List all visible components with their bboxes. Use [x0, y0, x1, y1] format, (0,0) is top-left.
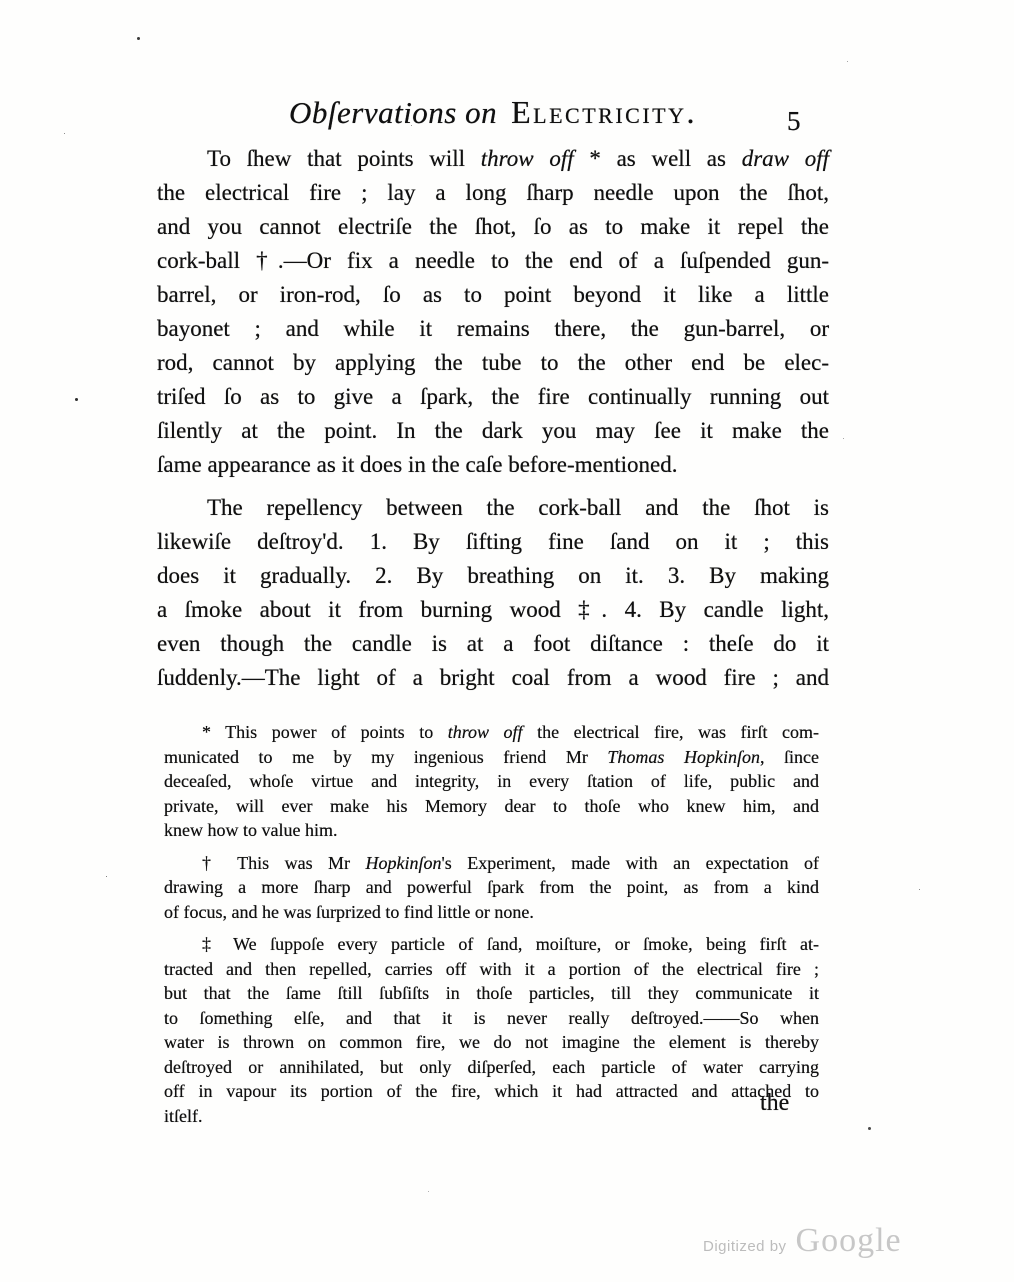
text-line: bayonet ; and while it remains there, th…	[157, 312, 829, 346]
running-title-caps: Electricity.	[511, 94, 697, 130]
text-line: itſelf.	[164, 1104, 819, 1129]
text-line: ‡ We ſuppoſe every particle of ſand, moi…	[164, 932, 819, 957]
watermark-prefix: Digitized by	[703, 1238, 787, 1255]
text-line: † This was Mr Hopkinſon's Experiment, ma…	[164, 851, 819, 876]
text-line: likewiſe deſtroy'd. 1. By ſifting fine ſ…	[157, 525, 829, 559]
text-line: water is thrown on common fire, we do no…	[164, 1030, 819, 1055]
text-line: cork-ball †.—Or fix a needle to the end …	[157, 244, 829, 278]
text-line: To ſhew that points will throw off * as …	[157, 142, 829, 176]
text-line: but that the ſame ſtill ſubſiſts in thoſ…	[164, 981, 819, 1006]
text-line: municated to me by my ingenious friend M…	[164, 745, 819, 770]
text-line: * This power of points to throw off the …	[164, 720, 819, 745]
watermark: Digitized by Google	[703, 1222, 902, 1260]
text-line: triſed ſo as to give a ſpark, the fire c…	[157, 380, 829, 414]
text-line: a ſmoke about it from burning wood ‡. 4.…	[157, 593, 829, 627]
text-line: to ſomething elſe, and that it is never …	[164, 1006, 819, 1031]
text-line: The repellency between the cork-ball and…	[157, 491, 829, 525]
footnote-double-dagger: ‡ We ſuppoſe every particle of ſand, moi…	[164, 932, 819, 1128]
paragraph: The repellency between the cork-ball and…	[157, 491, 829, 695]
text-line: ſame appearance as it does in the caſe b…	[157, 448, 829, 482]
book-page-scan: Obſervations on Electricity. 5 To ſhew t…	[0, 0, 1014, 1282]
text-line: deſtroyed or annihilated, but only diſpe…	[164, 1055, 819, 1080]
running-title-italic: Obſervations on	[289, 95, 497, 130]
text-line: barrel, or iron-rod, ſo as to point beyo…	[157, 278, 829, 312]
paragraph: To ſhew that points will throw off * as …	[157, 142, 829, 482]
text-line: and you cannot electriſe the ſhot, ſo as…	[157, 210, 829, 244]
footnote-dagger: † This was Mr Hopkinſon's Experiment, ma…	[164, 851, 819, 925]
text-line: knew how to value him.	[164, 818, 819, 843]
text-line: rod, cannot by applying the tube to the …	[157, 346, 829, 380]
text-line: ſuddenly.—The light of a bright coal fro…	[157, 661, 829, 695]
page-header: Obſervations on Electricity. 5	[157, 94, 829, 140]
footnotes-section: * This power of points to throw off the …	[164, 720, 819, 1128]
text-line: drawing a more ſharp and powerful ſpark …	[164, 875, 819, 900]
catchword: the	[760, 1090, 789, 1117]
footnote-asterisk: * This power of points to throw off the …	[164, 720, 819, 843]
text-line: deceaſed, whoſe virtue and integrity, in…	[164, 769, 819, 794]
text-line: ſilently at the point. In the dark you m…	[157, 414, 829, 448]
text-line: tracted and then repelled, carries off w…	[164, 957, 819, 982]
google-logo: Google	[796, 1222, 902, 1260]
page-number: 5	[787, 106, 801, 137]
running-title: Obſervations on Electricity.	[157, 94, 829, 131]
text-line: of focus, and he was ſurprized to find l…	[164, 900, 819, 925]
text-line: even though the candle is at a foot diſt…	[157, 627, 829, 661]
text-line: off in vapour its portion of the fire, w…	[164, 1079, 819, 1104]
scan-speckles	[0, 0, 3, 3]
main-text: To ſhew that points will throw off * as …	[157, 142, 829, 695]
text-line: private, will ever make his Memory dear …	[164, 794, 819, 819]
text-line: the electrical fire ; lay a long ſharp n…	[157, 176, 829, 210]
text-line: does it gradually. 2. By breathing on it…	[157, 559, 829, 593]
